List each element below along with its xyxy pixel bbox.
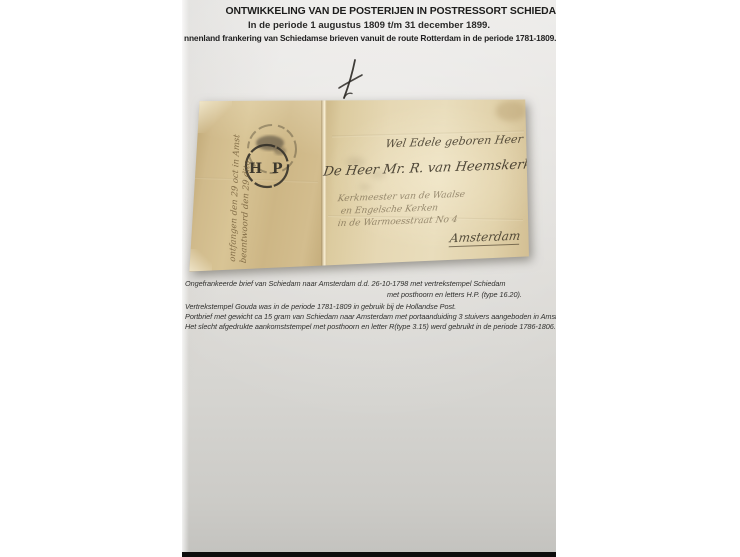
letter-fold-line: [321, 99, 327, 272]
album-page-photo: ONTWIKKELING VAN DE POSTERIJEN IN POSTRE…: [182, 0, 556, 557]
photographed-exhibit-page: ONTWIKKELING VAN DE POSTERIJEN IN POSTRE…: [0, 0, 740, 557]
port-charge-pen-mark: [336, 58, 366, 102]
corner-fold-highlight: [188, 249, 212, 271]
letter-surface: H P ontfangen den 29 oct in Amst beantwo…: [188, 99, 530, 272]
caption-line: Portbrief met gewicht ca 15 gram van Sch…: [185, 312, 556, 321]
caption-line: Vertrekstempel Gouda was in de periode 1…: [185, 302, 456, 311]
exhibit-title: ONTWIKKELING VAN DE POSTERIJEN IN POSTRE…: [182, 6, 556, 17]
caption-line: met posthoorn en letters H.P. (type 16.2…: [387, 290, 522, 299]
caption-line: Ongefrankeerde brief van Schiedam naar A…: [185, 279, 505, 288]
caption-line: Het slecht afgedrukte aankomststempel me…: [185, 322, 556, 331]
photo-bottom-edge: [182, 552, 556, 557]
corner-stain: [496, 101, 526, 121]
hp-stamp-letters: H P: [249, 161, 285, 177]
exhibit-subtitle-2: nnenland frankering van Schiedamse briev…: [184, 33, 556, 43]
docket-note: ontfangen den 29 oct in Amst beantwoord …: [228, 134, 254, 264]
exhibit-subtitle: In de periode 1 augustus 1809 t/m 31 dec…: [182, 20, 556, 31]
letter-cover-1798: H P ontfangen den 29 oct in Amst beantwo…: [188, 99, 530, 272]
corner-fold-highlight: [196, 101, 232, 133]
address-city: Amsterdam: [449, 229, 522, 247]
